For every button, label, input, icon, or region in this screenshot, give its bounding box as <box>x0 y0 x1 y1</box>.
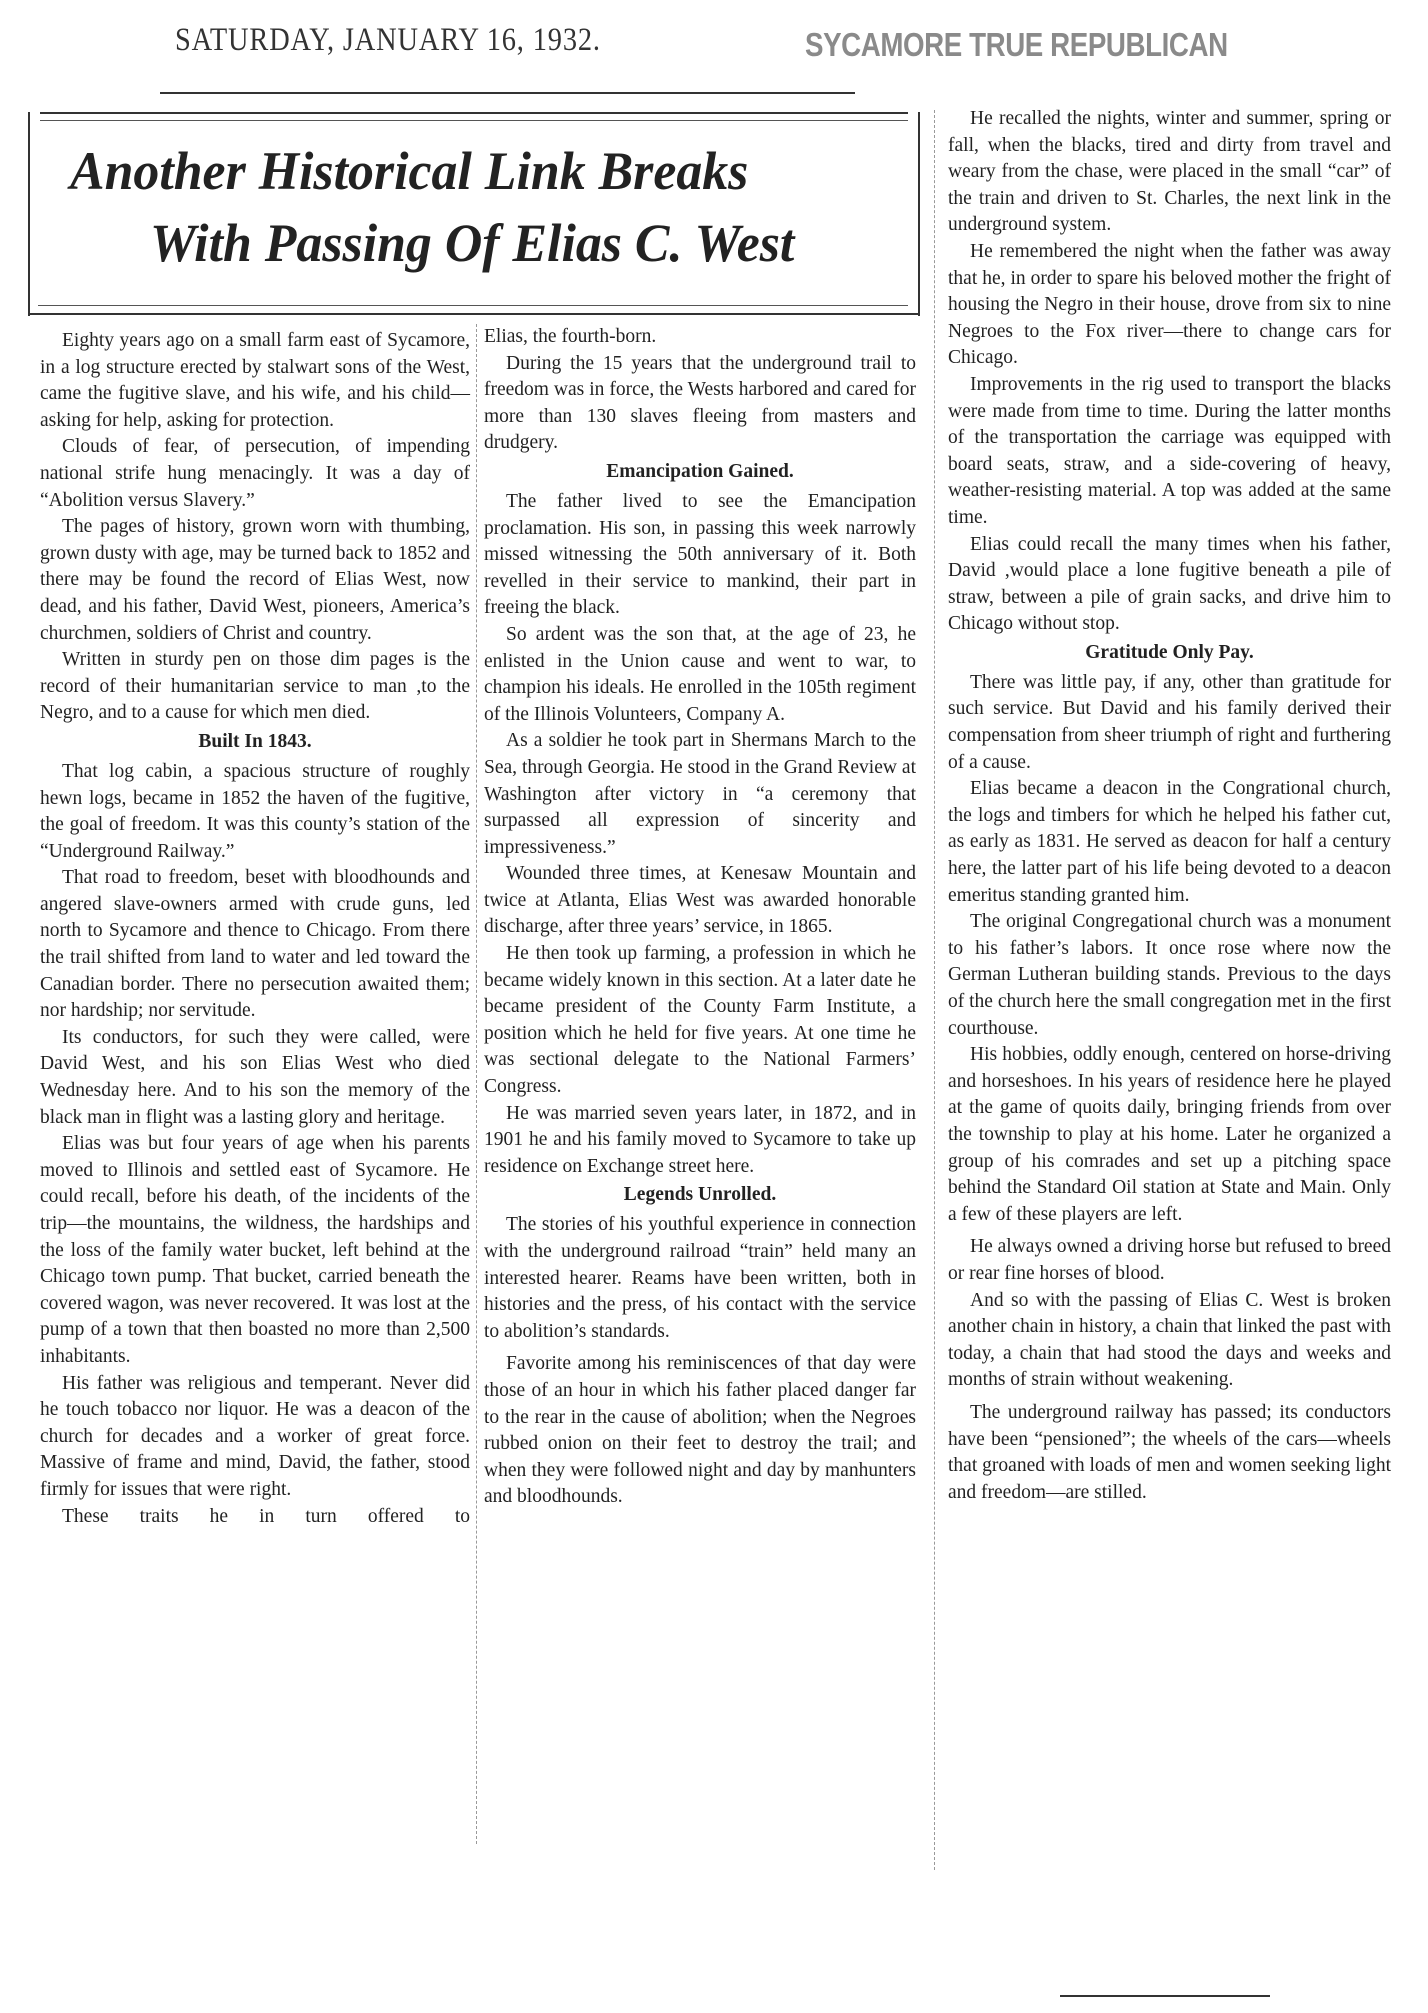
headline-line-1: Another Historical Link Breaks <box>70 140 748 202</box>
paragraph: During the 15 years that the underground… <box>484 351 916 457</box>
paragraph: Elias could recall the many times when h… <box>948 532 1391 638</box>
paragraph: The underground railway has passed; its … <box>948 1400 1391 1506</box>
paragraph: He recalled the nights, winter and summe… <box>948 106 1391 239</box>
paragraph: And so with the passing of Elias C. West… <box>948 1288 1391 1394</box>
paragraph: Elias was but four years of age when his… <box>40 1131 470 1370</box>
paragraph: He remembered the night when the father … <box>948 239 1391 372</box>
article-column-middle: Elias, the fourth-born. During the 15 ye… <box>484 324 916 1511</box>
paragraph: The father lived to see the Emancipation… <box>484 489 916 622</box>
paragraph: Wounded three times, at Kenesaw Mountain… <box>484 861 916 941</box>
paragraph: There was little pay, if any, other than… <box>948 670 1391 776</box>
header-rule <box>160 92 855 94</box>
paragraph: The pages of history, grown worn with th… <box>40 514 470 647</box>
paragraph: The stories of his youthful experience i… <box>484 1212 916 1345</box>
headline-line-2: With Passing Of Elias C. West <box>150 212 794 274</box>
paragraph: Clouds of fear, of persecution, of impen… <box>40 434 470 514</box>
paragraph: Eighty years ago on a small farm east of… <box>40 328 470 434</box>
newspaper-masthead: SYCAMORE TRUE REPUBLICAN <box>805 26 1228 64</box>
paragraph: That log cabin, a spacious structure of … <box>40 759 470 865</box>
headline-box-rule <box>28 313 920 315</box>
subheading: Gratitude Only Pay. <box>948 640 1391 666</box>
article-column-left: Eighty years ago on a small farm east of… <box>40 328 470 1530</box>
article-end-rule <box>1060 1995 1270 1997</box>
paragraph: His hobbies, oddly enough, centered on h… <box>948 1042 1391 1228</box>
paragraph: The original Congregational church was a… <box>948 909 1391 1042</box>
paragraph: He was married seven years later, in 187… <box>484 1101 916 1181</box>
paragraph: Favorite among his reminiscences of that… <box>484 1351 916 1511</box>
headline-box-rule <box>38 305 908 306</box>
paragraph: Written in sturdy pen on those dim pages… <box>40 647 470 727</box>
paragraph: He always owned a driving horse but refu… <box>948 1234 1391 1287</box>
paragraph: So ardent was the son that, at the age o… <box>484 622 916 728</box>
column-divider <box>934 110 935 1870</box>
paragraph: These traits he in turn offered to <box>40 1504 470 1531</box>
dateline: SATURDAY, JANUARY 16, 1932. <box>175 22 601 59</box>
paragraph: Its conductors, for such they were calle… <box>40 1025 470 1131</box>
paragraph: Elias became a deacon in the Congrationa… <box>948 776 1391 909</box>
paragraph: His father was religious and temperant. … <box>40 1371 470 1504</box>
paragraph-continuation: Elias, the fourth-born. <box>484 324 916 351</box>
article-column-right: He recalled the nights, winter and summe… <box>948 106 1391 1506</box>
paragraph: As a soldier he took part in Shermans Ma… <box>484 728 916 861</box>
column-divider <box>476 324 477 1844</box>
subheading: Emancipation Gained. <box>484 459 916 485</box>
paragraph: That road to freedom, beset with bloodho… <box>40 865 470 1025</box>
subheading: Legends Unrolled. <box>484 1182 916 1208</box>
paragraph: Improvements in the rig used to transpor… <box>948 372 1391 532</box>
subheading: Built In 1843. <box>40 729 470 755</box>
paragraph: He then took up farming, a profession in… <box>484 941 916 1101</box>
